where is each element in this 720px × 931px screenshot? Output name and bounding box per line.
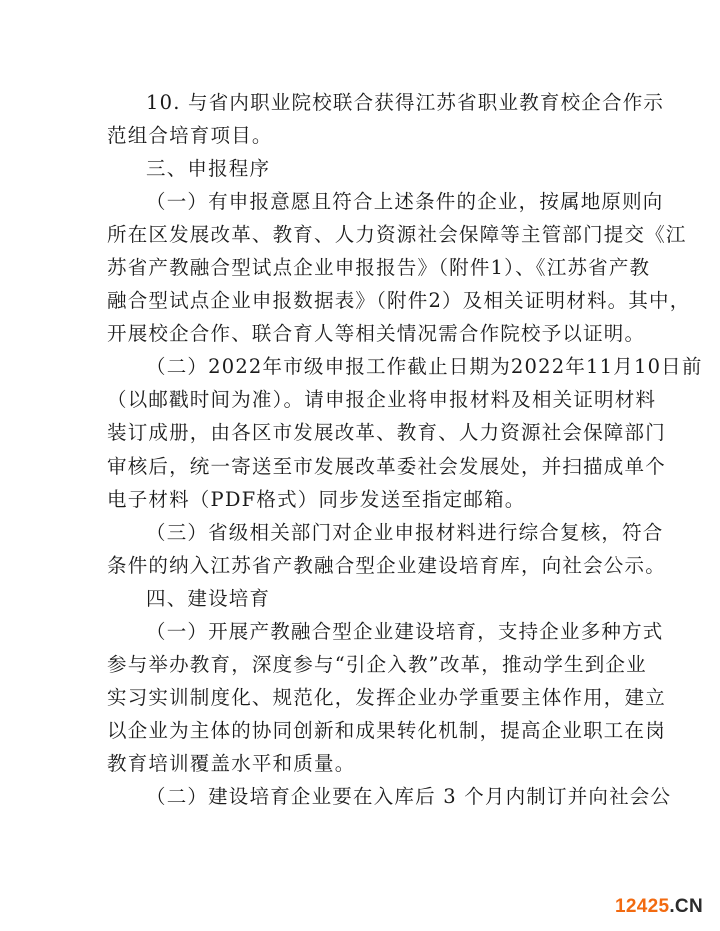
text-line: 融合型试点企业申报数据表》（附件2）及相关证明材料。其中，	[107, 284, 612, 317]
text-line: 实习实训制度化、规范化，发挥企业办学重要主体作用，建立	[107, 681, 612, 714]
text-line: 条件的纳入江苏省产教融合型企业建设培育库，向社会公示。	[107, 549, 612, 582]
text-line: （一）开展产教融合型企业建设培育，支持企业多种方式	[107, 615, 612, 648]
text-line: 以企业为主体的协同创新和成果转化机制，提高企业职工在岗	[107, 714, 612, 747]
text-line: （二）2022年市级申报工作截止日期为2022年11月10日前	[107, 350, 612, 383]
site-watermark: 12425.CN	[615, 896, 703, 918]
document-body: 10. 与省内职业院校联合获得江苏省职业教育校企合作示范组合培育项目。三、申报程…	[107, 86, 612, 813]
text-line: 四、建设培育	[107, 582, 612, 615]
text-line: 10. 与省内职业院校联合获得江苏省职业教育校企合作示	[107, 86, 612, 119]
watermark-domain: .CN	[669, 896, 703, 917]
document-page: 10. 与省内职业院校联合获得江苏省职业教育校企合作示范组合培育项目。三、申报程…	[107, 86, 612, 813]
text-line: 参与举办教育，深度参与“引企入教”改革，推动学生到企业	[107, 648, 612, 681]
text-line: 开展校企合作、联合育人等相关情况需合作院校予以证明。	[107, 317, 612, 350]
text-line: （二）建设培育企业要在入库后 3 个月内制订并向社会公	[107, 780, 612, 813]
text-line: 范组合培育项目。	[107, 119, 612, 152]
text-line: 所在区发展改革、教育、人力资源社会保障等主管部门提交《江	[107, 218, 612, 251]
text-line: （三）省级相关部门对企业申报材料进行综合复核，符合	[107, 516, 612, 549]
watermark-number: 12425	[615, 896, 669, 917]
text-line: 教育培训覆盖水平和质量。	[107, 747, 612, 780]
text-line: （一）有申报意愿且符合上述条件的企业，按属地原则向	[107, 185, 612, 218]
text-line: 三、申报程序	[107, 152, 612, 185]
text-line: 苏省产教融合型试点企业申报报告》（附件1）、《江苏省产教	[107, 251, 612, 284]
text-line: （以邮戳时间为准）。请申报企业将申报材料及相关证明材料	[107, 383, 612, 416]
text-line: 审核后，统一寄送至市发展改革委社会发展处，并扫描成单个	[107, 450, 612, 483]
text-line: 装订成册，由各区市发展改革、教育、人力资源社会保障部门	[107, 416, 612, 449]
text-line: 电子材料（PDF格式）同步发送至指定邮箱。	[107, 483, 612, 516]
